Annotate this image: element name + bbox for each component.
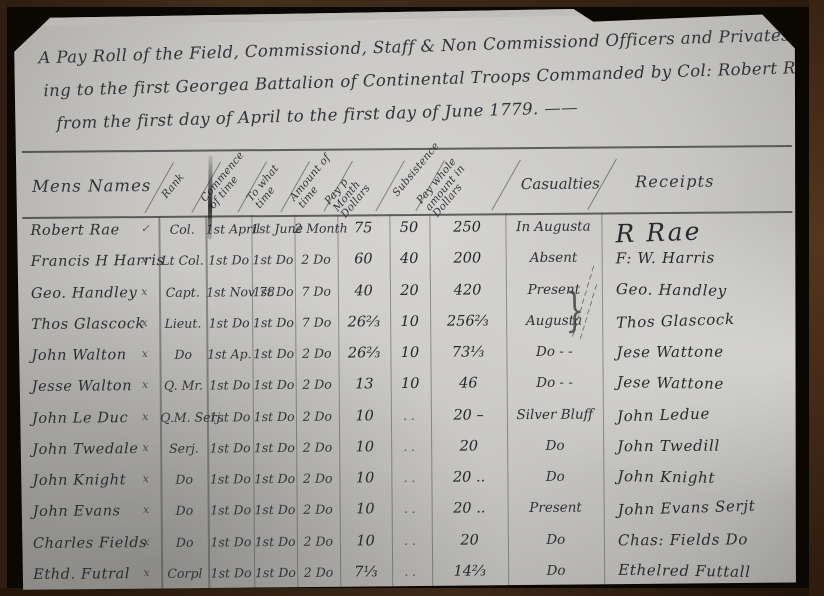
cell-subsistence: .. [391, 470, 431, 486]
cell-commence: 1st Do [208, 502, 254, 517]
cell-rank: Lt Col. [159, 253, 206, 268]
cell-subsistence: .. [392, 564, 432, 580]
cell-mark: x [141, 253, 147, 266]
cell-name: John Twedale [32, 441, 138, 458]
cell-pay-per-month: 75 [337, 220, 389, 236]
cell-whole-amount: 20 .. [431, 500, 507, 517]
table-top-rule [22, 145, 792, 153]
cell-pay-per-month: 40 [338, 283, 390, 299]
cell-subsistence: 10 [390, 314, 430, 330]
cell-pay-per-month: 13 [339, 376, 391, 392]
cell-mark: x [141, 316, 147, 329]
cell-commence: 1st Do [207, 409, 253, 424]
cell-commence: 1st Do [207, 440, 253, 455]
cell-rank: Lieut. [159, 315, 206, 330]
cell-pay-per-month: 7⅓ [340, 564, 392, 580]
cell-commence: 1st Do [206, 252, 252, 267]
cell-to-what-time: 1st Do [252, 377, 295, 392]
cell-rank: Col. [159, 222, 206, 237]
cell-whole-amount: 20 .. [431, 469, 507, 486]
cell-name: Robert Rae [30, 222, 119, 239]
cell-receipt-signature: John Knight [617, 467, 715, 487]
cell-to-what-time: 1st Do [254, 533, 297, 548]
photo-frame-edge-left [0, 0, 7, 596]
cell-subsistence: 10 [390, 376, 430, 392]
cell-receipt-signature: John Evans Serjt [617, 497, 755, 519]
cell-commence: 1st Ap. [207, 346, 253, 361]
cell-to-what-time: 1st Do [253, 440, 296, 455]
cell-rank: Q. Mr. [160, 378, 207, 393]
cell-mark: x [142, 378, 148, 391]
cell-amount-of-time: 7 Do [295, 283, 338, 298]
cell-amount-of-time: 2 Do [295, 346, 338, 361]
cell-rank: Q.M. Serj. [160, 409, 207, 424]
cell-name: John Walton [31, 347, 126, 364]
photo-frame-edge-top [0, 0, 824, 7]
cell-commence: 1st Do [208, 471, 254, 486]
cell-to-what-time: 1st Do [252, 315, 295, 330]
cell-pay-per-month: 10 [340, 533, 392, 549]
column-header-receipts: Receipts [635, 172, 715, 192]
cell-receipt-signature: Geo. Handley [616, 279, 727, 299]
cell-amount-of-time: 2 Do [294, 252, 337, 267]
cell-amount-of-time: 7 Do [295, 314, 338, 329]
cell-amount-of-time: 2 Do [296, 502, 339, 517]
cell-receipt-signature: Jese Wattone [616, 343, 723, 362]
cell-to-what-time: 1st Do [253, 408, 296, 423]
cell-name: Thos Glascock [31, 316, 145, 333]
cell-pay-per-month: 60 [338, 251, 390, 267]
cell-receipt-signature: Thos Glascock [616, 310, 735, 332]
cell-to-what-time: 1st Do [253, 471, 296, 486]
cell-mark: x [143, 472, 149, 485]
cell-whole-amount: 20 [431, 438, 507, 455]
cell-whole-amount: 250 [429, 219, 505, 236]
cell-amount-of-time: 2 Do [296, 408, 339, 423]
photo-frame-edge-right [809, 0, 824, 596]
cell-receipt-signature: Ethelred Futtall [618, 560, 751, 580]
cell-mark: x [141, 285, 147, 298]
cell-amount-of-time: 2 Do [297, 533, 340, 548]
cell-rank: Do [161, 534, 208, 549]
cell-casualties: Do - - [506, 343, 602, 360]
cell-casualties: In Augusta [505, 218, 601, 235]
cell-to-what-time: 1st Do [254, 565, 297, 580]
cell-rank: Do [161, 503, 208, 518]
cell-commence: 1st Do [207, 377, 253, 392]
header-column-divider [491, 160, 521, 211]
cell-whole-amount: 46 [430, 375, 506, 392]
cell-rank: Do [160, 347, 207, 362]
cell-subsistence: .. [391, 501, 431, 517]
cell-casualties: Do [507, 437, 603, 454]
cell-casualties: Silver Bluff [507, 406, 603, 423]
cell-name: John Le Duc [32, 410, 128, 427]
cell-to-what-time: 1st Do [251, 252, 294, 267]
cell-commence: 1st Do [208, 534, 254, 549]
cell-to-what-time: 1st Do [253, 502, 296, 517]
cell-pay-per-month: 10 [340, 501, 392, 517]
cell-name: John Evans [33, 504, 121, 521]
cell-subsistence: .. [391, 532, 431, 548]
cell-whole-amount: 20 [431, 532, 507, 549]
cell-mark: x [142, 347, 148, 360]
cell-subsistence: .. [391, 439, 431, 455]
cell-whole-amount: 73⅓ [430, 344, 506, 361]
cell-whole-amount: 14⅔ [432, 563, 508, 580]
cell-rank: Serj. [160, 440, 207, 455]
cell-to-what-time: 1st June [251, 221, 294, 236]
cell-receipt-signature: Jese Wattone [617, 373, 725, 393]
paper-sheet: A Pay Roll of the Field, Commissiond, St… [11, 5, 803, 592]
cell-name: Jesse Walton [32, 378, 133, 395]
cell-name: Charles Fields [33, 535, 147, 552]
cell-rank: Do [161, 472, 208, 487]
cell-mark: x [143, 503, 149, 516]
pay-roll-row: Ethd. FutralxCorpl1st Do1st Do2 Do7⅓..14… [25, 555, 795, 592]
cell-name: Geo. Handley [31, 285, 138, 302]
cell-mark: x [143, 566, 149, 579]
cell-whole-amount: 200 [429, 250, 505, 267]
cell-commence: 1st Nov 78 [206, 284, 252, 299]
cell-whole-amount: 20 – [430, 407, 506, 424]
column-header-mens-names: Mens Names [32, 176, 151, 196]
cell-casualties: Absent [505, 250, 601, 267]
cell-mark: x [142, 410, 148, 423]
cell-casualties: Present [507, 500, 603, 517]
cell-pay-per-month: 10 [339, 470, 391, 486]
cell-pay-per-month: 10 [339, 439, 391, 455]
cell-subsistence: 50 [389, 220, 429, 236]
cell-commence: 1st Do [206, 315, 252, 330]
cell-casualties: Do [508, 562, 604, 579]
scanned-payroll-photograph: A Pay Roll of the Field, Commissiond, St… [0, 0, 824, 596]
cell-amount-of-time: 2 Do [296, 439, 339, 454]
photo-frame-edge-bottom [0, 588, 824, 596]
cell-receipt-signature: Chas: Fields Do [618, 530, 748, 549]
cell-receipt-signature: John Twedill [617, 436, 720, 455]
cell-subsistence: 40 [389, 251, 429, 267]
cell-whole-amount: 420 [429, 282, 505, 299]
cell-receipt-signature: John Ledue [617, 404, 711, 425]
cell-amount-of-time: 2 Do [296, 471, 339, 486]
cell-pay-per-month: 26⅔ [338, 314, 390, 330]
cell-casualties: Do [508, 531, 604, 548]
cell-casualties: Do - - [506, 375, 602, 392]
ink-blot [208, 156, 213, 240]
cell-name: Ethd. Futral [33, 566, 130, 583]
cell-commence: 1st Do [208, 565, 254, 580]
cell-rank: Capt. [159, 284, 206, 299]
cell-to-what-time: 1st Do [252, 346, 295, 361]
column-header-casualties: Casualties [521, 174, 600, 193]
cell-subsistence: .. [390, 407, 430, 423]
cell-to-what-time: 1st Do [252, 283, 295, 298]
document-heading: A Pay Roll of the Field, Commissiond, St… [38, 19, 789, 141]
cell-name: John Knight [32, 472, 126, 489]
cell-whole-amount: 256⅔ [430, 313, 506, 330]
cell-amount-of-time: 2 Month [294, 221, 337, 236]
cell-amount-of-time: 2 Do [295, 377, 338, 392]
cell-commence: 1st April [206, 221, 252, 236]
cell-pay-per-month: 10 [339, 408, 391, 424]
cell-subsistence: 10 [390, 345, 430, 361]
cell-receipt-signature: F: W. Harris [616, 249, 715, 268]
cell-subsistence: 20 [389, 282, 429, 298]
cell-casualties: Do [507, 468, 603, 485]
cell-mark: ✓ [141, 222, 150, 235]
cell-amount-of-time: 2 Do [297, 564, 340, 579]
cell-rank: Corpl [161, 565, 208, 580]
pay-roll-table: Mens NamesRankCommence of timeTo what ti… [22, 145, 795, 592]
cell-mark: x [143, 535, 149, 548]
cell-pay-per-month: 26⅔ [338, 345, 390, 361]
cell-mark: x [142, 441, 148, 454]
